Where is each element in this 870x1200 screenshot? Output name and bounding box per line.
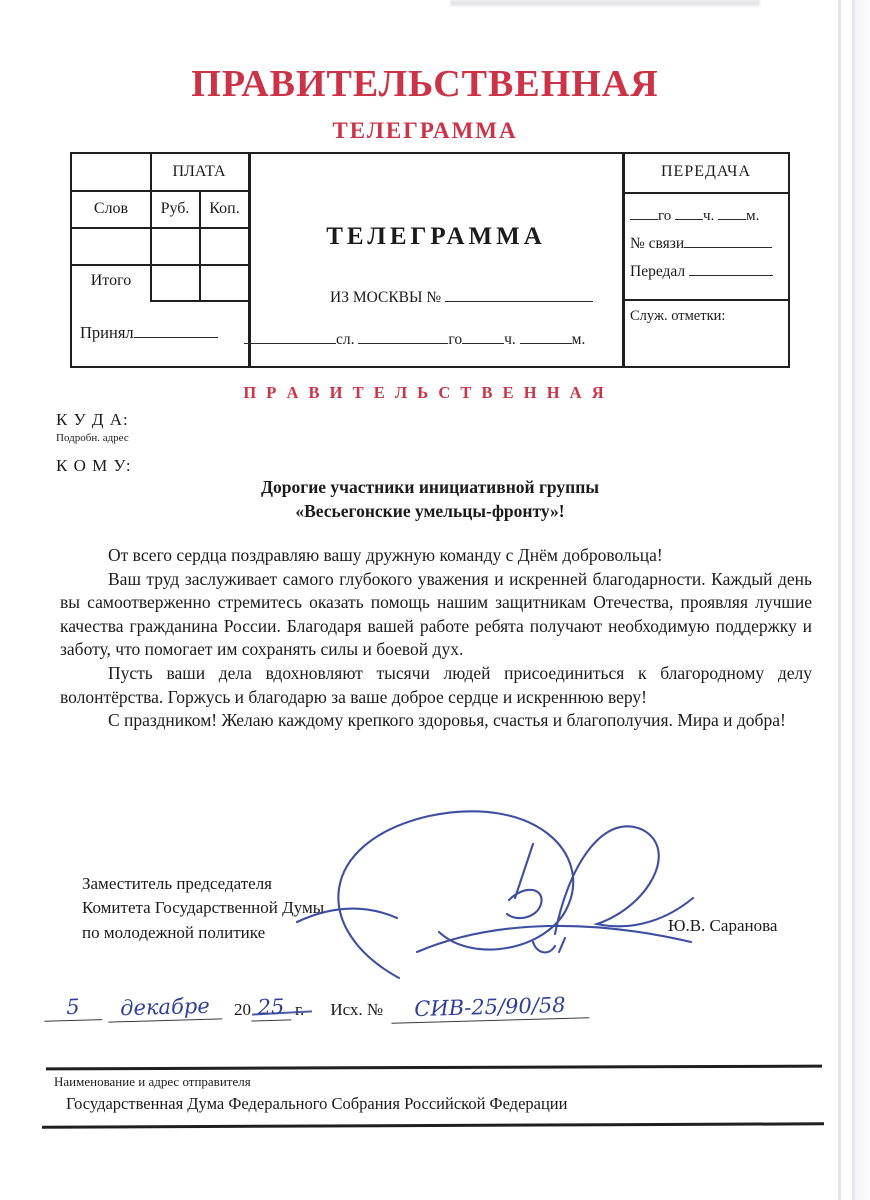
signatory-position: Заместитель председателя Комитета Госуда… [82, 872, 324, 945]
transfer-ch-label: ч. [703, 208, 714, 224]
sl-label: сл. [336, 331, 355, 348]
go-blank [358, 330, 448, 344]
footer-label: Наименование и адрес отправителя [54, 1074, 251, 1090]
transfer-m-blank [718, 206, 746, 220]
m-label: м. [572, 331, 586, 348]
letter-paragraph-2: Ваш труд заслуживает самого глубокого ув… [60, 568, 812, 662]
letter-paragraph-1: От всего сердца поздравляю вашу дружную … [60, 544, 812, 568]
words-label: Слов [72, 200, 150, 218]
transfer-go-label: го [658, 208, 671, 224]
service-notes-label: Служ. отметки: [630, 307, 725, 325]
origin-label: ИЗ МОСКВЫ № [330, 289, 441, 306]
handwritten-signature [295, 800, 705, 992]
center-bottom-row: сл. гоч. м. [244, 330, 585, 349]
transfer-service-line [624, 299, 788, 301]
doc-title-classification: ПРАВИТЕЛЬСТВЕННАЯ [0, 62, 850, 106]
salutation-line-1: Дорогие участники инициативной группы [0, 477, 860, 498]
page-edge-line-1 [838, 0, 841, 1200]
ref-label: Исх. № [330, 1000, 383, 1021]
date-month-value: декабре [108, 994, 223, 1022]
salutation-line-2: «Весьегонские умельцы-фронту»! [0, 501, 860, 522]
transfer-time-row: го ч. м. [630, 206, 759, 225]
signatory-position-line-2: Комитета Государственной Думы [82, 896, 324, 920]
total-label: Итого [72, 272, 150, 290]
transfer-m-label: м. [746, 208, 759, 224]
ch-blank [462, 330, 504, 344]
transfer-link-label: № связи [630, 235, 684, 252]
signatory-name: Ю.В. Саранова [668, 916, 777, 936]
doc-title-telegram: ТЕЛЕГРАММА [0, 117, 850, 145]
go-label: го [448, 331, 462, 348]
transfer-header: ПЕРЕДАЧА [624, 163, 788, 181]
payment-header: ПЛАТА [150, 163, 248, 181]
ref-number-value: СИВ-25/90/58 [391, 993, 590, 1024]
center-right-divider [622, 154, 625, 366]
payment-header-underline [72, 190, 248, 192]
ch-label: ч. [504, 331, 516, 348]
letter-paragraph-3: Пусть ваши дела вдохновляют тысячи людей… [60, 662, 812, 709]
accepted-label: Принял [80, 323, 134, 342]
origin-row: ИЗ МОСКВЫ № [330, 288, 593, 307]
sl-blank [244, 330, 336, 344]
transfer-ch-blank [675, 206, 703, 220]
transfer-sent-blank [689, 262, 773, 276]
transfer-sent-row: Передал [630, 262, 773, 281]
year-printed: 20 [234, 1000, 251, 1021]
footer-bottom-rule [42, 1122, 824, 1128]
document-page: ПРАВИТЕЛЬСТВЕННАЯ ТЕЛЕГРАММА ПЛАТА Слов … [0, 0, 870, 1200]
payment-grid-bottom-line [150, 300, 248, 302]
transfer-sent-label: Передал [630, 263, 685, 280]
transfer-header-underline [624, 192, 788, 194]
transfer-go-blank [630, 206, 658, 220]
rub-label: Руб. [151, 200, 199, 218]
signatory-position-line-1: Заместитель председателя [82, 872, 324, 896]
payment-row1-line [72, 227, 248, 229]
letter-paragraph-4: С праздником! Желаю каждому крепкого здо… [60, 709, 812, 733]
letter-body: От всего сердца поздравляю вашу дружную … [60, 544, 812, 733]
to-note: Подробн. адрес [56, 432, 129, 444]
year-handwritten: 25 [251, 995, 292, 1021]
classification-line: П Р А В И Т Е Л Ь С Т В Е Н Н А Я [0, 383, 850, 403]
footer-sender: Государственная Дума Федерального Собран… [66, 1094, 567, 1114]
recipient-label: К О М У: [56, 456, 132, 476]
kop-label: Коп. [201, 200, 248, 218]
accepted-row: Принял [80, 324, 218, 342]
page-edge-shade [855, 0, 870, 1200]
scan-smudge-top [450, 0, 760, 6]
date-reference-line: 5 декабре 20 25 г. Исх. № СИВ-25/90/58 [44, 996, 589, 1021]
transfer-link-blank [684, 234, 772, 248]
m-blank [520, 330, 572, 344]
payment-row2-line [72, 264, 248, 266]
footer-top-rule [46, 1065, 822, 1071]
transfer-link-row: № связи [630, 234, 772, 253]
date-day-value: 5 [44, 995, 103, 1022]
to-label: К У Д А: [56, 410, 129, 430]
signatory-position-line-3: по молодежной политике [82, 921, 324, 945]
telegram-form: ПЛАТА Слов Руб. Коп. Итого Принял ТЕЛЕГР… [70, 152, 790, 368]
accepted-blank [134, 324, 218, 338]
origin-blank [445, 288, 593, 302]
form-center-title: ТЕЛЕГРАММА [250, 228, 622, 246]
